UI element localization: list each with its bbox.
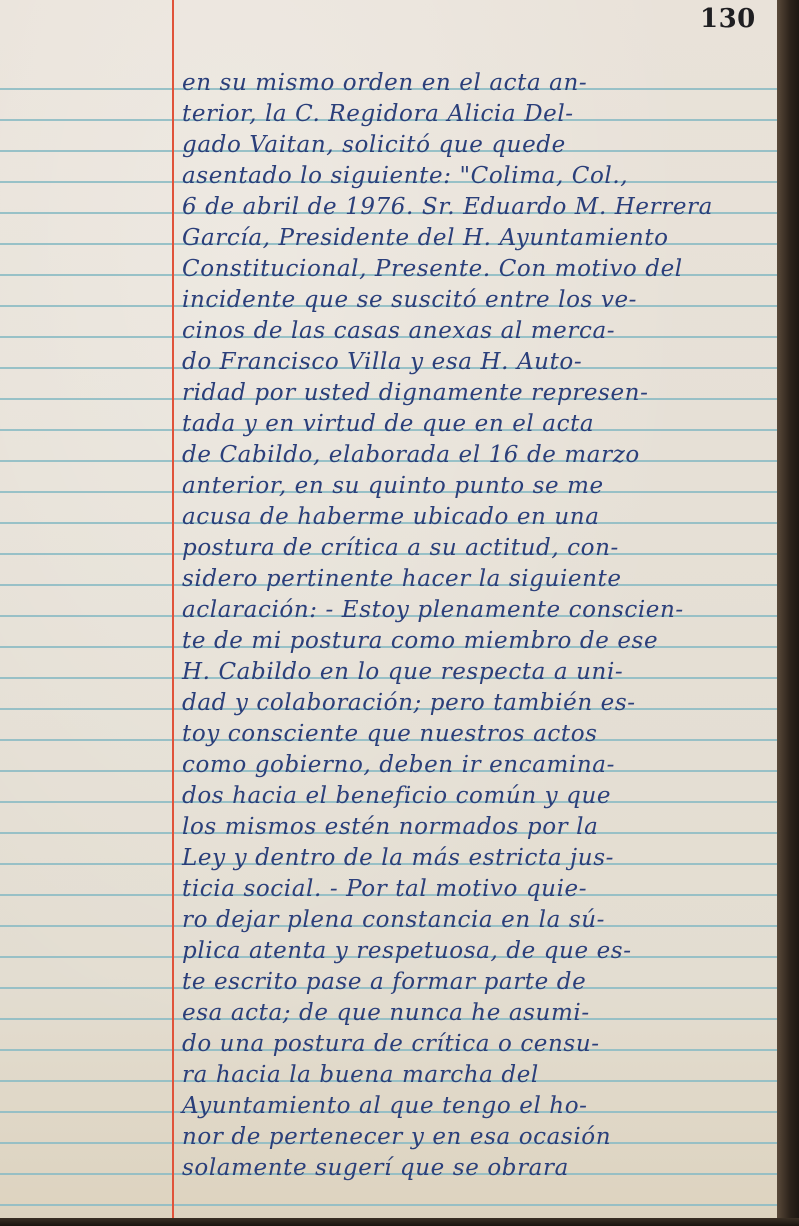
handwritten-line: dos hacia el beneficio común y que	[182, 781, 611, 811]
handwritten-line: do Francisco Villa y esa H. Auto-	[182, 347, 582, 377]
handwritten-line: solamente sugerí que se obrara	[182, 1153, 569, 1183]
handwritten-line: toy consciente que nuestros actos	[182, 719, 598, 749]
handwritten-line: Ayuntamiento al que tengo el ho-	[182, 1091, 588, 1121]
handwritten-line: ra hacia la buena marcha del	[182, 1060, 539, 1090]
handwritten-line: plica atenta y respetuosa, de que es-	[182, 936, 632, 966]
handwritten-line: postura de crítica a su actitud, con-	[182, 533, 619, 563]
handwritten-line: tada y en virtud de que en el acta	[182, 409, 594, 439]
handwritten-line: como gobierno, deben ir encamina-	[182, 750, 615, 780]
handwritten-line: García, Presidente del H. Ayuntamiento	[182, 223, 669, 253]
handwritten-line: aclaración: - Estoy plenamente conscien-	[182, 595, 684, 625]
handwritten-line: anterior, en su quinto punto se me	[182, 471, 604, 501]
ruled-line	[0, 1204, 780, 1206]
handwritten-line: nor de pertenecer y en esa ocasión	[182, 1122, 611, 1152]
handwritten-line: do una postura de crítica o censu-	[182, 1029, 600, 1059]
handwritten-line: ro dejar plena constancia en la sú-	[182, 905, 605, 935]
page-number: 130	[700, 4, 756, 34]
handwritten-line: dad y colaboración; pero también es-	[182, 688, 636, 718]
red-margin-line	[172, 0, 174, 1220]
handwritten-line: incidente que se suscitó entre los ve-	[182, 285, 637, 315]
handwritten-line: Constitucional, Presente. Con motivo del	[182, 254, 683, 284]
page-bottom-shadow	[0, 1218, 799, 1226]
handwritten-line: terior, la C. Regidora Alicia Del-	[182, 99, 574, 129]
handwritten-line: los mismos estén normados por la	[182, 812, 598, 842]
handwritten-line: H. Cabildo en lo que respecta a uni-	[182, 657, 623, 687]
handwritten-line: esa acta; de que nunca he asumi-	[182, 998, 590, 1028]
handwritten-line: asentado lo siguiente: "Colima, Col.,	[182, 161, 628, 191]
handwritten-line: te de mi postura como miembro de ese	[182, 626, 658, 656]
page-edge-shadow	[777, 0, 799, 1226]
handwritten-line: cinos de las casas anexas al merca-	[182, 316, 615, 346]
handwritten-line: acusa de haberme ubicado en una	[182, 502, 600, 532]
handwritten-line: te escrito pase a formar parte de	[182, 967, 586, 997]
handwritten-line: sidero pertinente hacer la siguiente	[182, 564, 622, 594]
handwritten-line: ridad por usted dignamente represen-	[182, 378, 648, 408]
handwritten-line: en su mismo orden en el acta an-	[182, 68, 587, 98]
handwritten-line: ticia social. - Por tal motivo quie-	[182, 874, 587, 904]
handwritten-line: 6 de abril de 1976. Sr. Eduardo M. Herre…	[182, 192, 713, 222]
handwritten-line: gado Vaitan, solicitó que quede	[182, 130, 566, 160]
handwritten-line: Ley y dentro de la más estricta jus-	[182, 843, 614, 873]
ledger-page: 130 en su mismo orden en el acta an- ter…	[0, 0, 780, 1220]
handwritten-line: de Cabildo, elaborada el 16 de marzo	[182, 440, 640, 470]
